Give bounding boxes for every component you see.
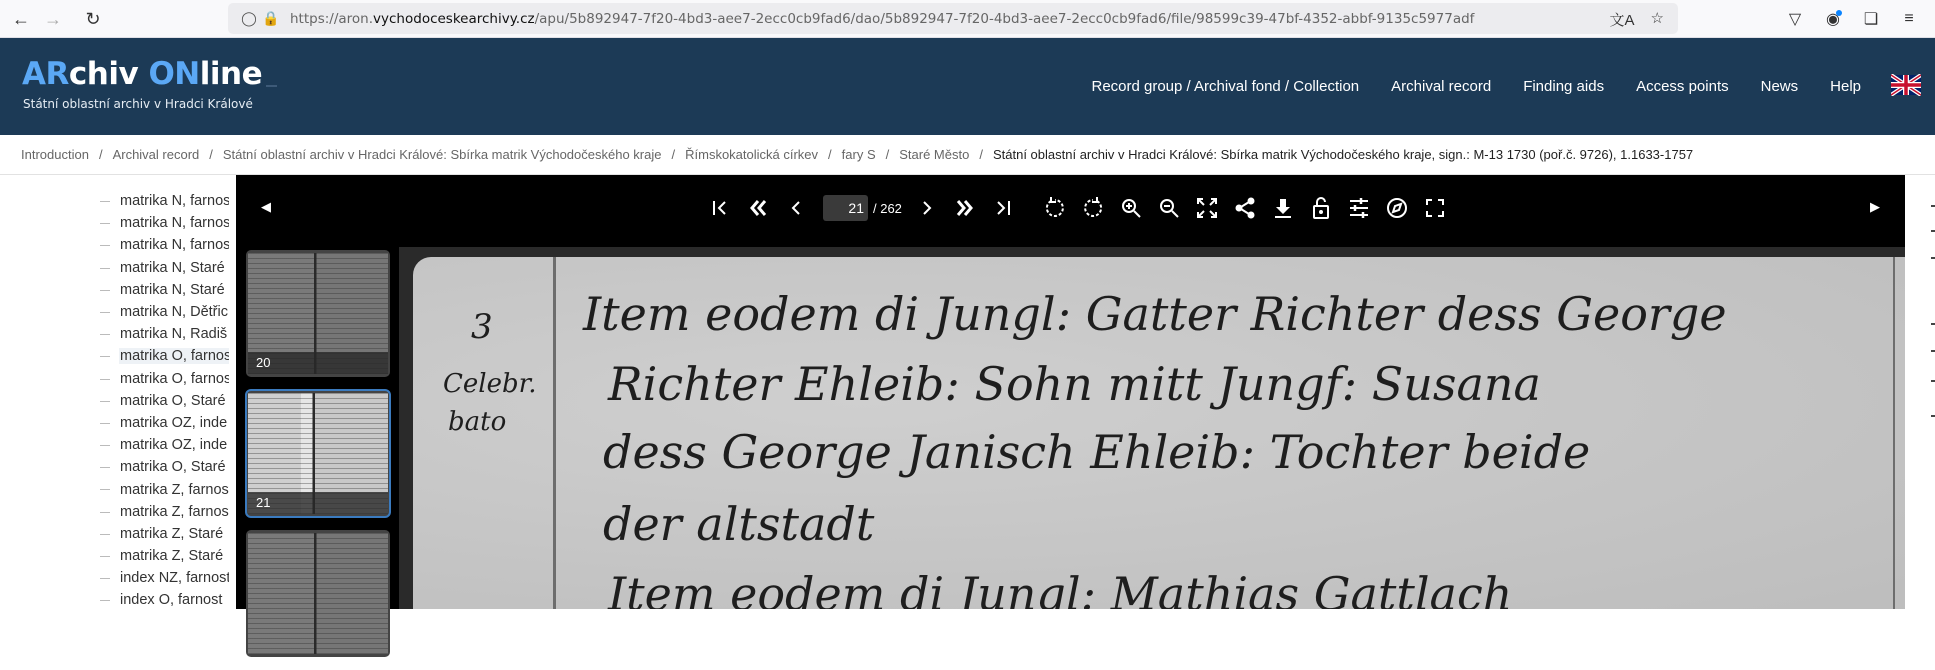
tree-branch-icon <box>100 489 110 490</box>
address-bar[interactable]: ◯ 🔒 https://aron.vychodoceskearchivy.cz/… <box>228 3 1678 34</box>
nav-archival-record[interactable]: Archival record <box>1375 78 1507 95</box>
pocket-icon[interactable]: ▽ <box>1779 4 1811 34</box>
tree-branch-icon <box>100 245 110 246</box>
tree-item[interactable]: matrika Z, Staré <box>0 545 236 567</box>
breadcrumb-church[interactable]: Římskokatolická církev <box>685 147 818 162</box>
tree-item-label: matrika O, Staré <box>119 393 229 409</box>
cut-text <box>1931 230 1935 232</box>
tree-branch-icon <box>100 223 110 224</box>
margin-note: bato <box>448 407 506 437</box>
tree-item[interactable]: matrika OZ, inde <box>0 412 236 434</box>
fullscreen-icon[interactable] <box>1416 189 1454 227</box>
tree-item-label: index O, farnost <box>119 592 229 608</box>
page-rule-line <box>1893 257 1895 609</box>
tree-item[interactable]: index O, farnost <box>0 589 236 609</box>
thumbnail-active[interactable]: 21 <box>246 390 390 517</box>
manuscript-page: 3 Celebr. bato Item eodem di Jungl: Gatt… <box>413 257 1905 609</box>
first-page-icon[interactable] <box>701 189 739 227</box>
url-domain: vychodoceskearchivy.cz <box>373 11 535 27</box>
tree-branch-icon <box>100 379 110 380</box>
nav-access-points[interactable]: Access points <box>1620 78 1745 95</box>
rotate-right-icon[interactable] <box>1074 189 1112 227</box>
tree-branch-icon <box>100 201 110 202</box>
tree-item-label: matrika O, farnost <box>119 371 229 387</box>
page-number-input[interactable] <box>823 195 868 221</box>
tree-branch-icon <box>100 290 110 291</box>
tree-branch-icon <box>100 312 110 313</box>
share-icon[interactable] <box>1226 189 1264 227</box>
right-panel-edge <box>1905 175 1935 609</box>
manuscript-line: Item eodem di Jungl: Mathias Gattlach <box>608 567 1512 609</box>
tree-item[interactable]: matrika N, Staré <box>0 257 236 279</box>
unlock-icon[interactable] <box>1302 189 1340 227</box>
manuscript-line: Richter Ehleib: Sohn mitt Jungf: Susana <box>608 357 1541 411</box>
tree-item[interactable]: matrika Z, farnost <box>0 501 236 523</box>
adjustments-icon[interactable] <box>1340 189 1378 227</box>
cut-text <box>1931 380 1935 382</box>
zoom-in-icon[interactable] <box>1112 189 1150 227</box>
url-prefix: https://aron. <box>290 11 373 27</box>
back-icon[interactable]: ← <box>6 4 36 34</box>
tree-item-label: matrika N, Staré <box>119 260 229 276</box>
collapse-left-panel-icon[interactable]: ◀ <box>256 197 276 217</box>
breadcrumb-fary-s[interactable]: fary S <box>842 147 876 162</box>
breadcrumb-collection[interactable]: Státní oblastní archiv v Hradci Králové:… <box>223 147 662 162</box>
breadcrumb-separator: / <box>671 147 675 162</box>
nav-record-group[interactable]: Record group / Archival fond / Collectio… <box>1075 78 1375 95</box>
thumbnail-image <box>248 533 388 609</box>
manuscript-line: der altstadt <box>603 497 874 551</box>
tree-branch-icon <box>100 578 110 579</box>
account-icon[interactable]: ◉ <box>1817 4 1849 34</box>
logo-ar: AR <box>22 56 69 92</box>
tree-item-label: matrika OZ, inde <box>119 437 229 453</box>
cut-text <box>1931 350 1935 352</box>
rotate-left-icon[interactable] <box>1036 189 1074 227</box>
page-image[interactable]: 3 Celebr. bato Item eodem di Jungl: Gatt… <box>399 247 1905 609</box>
cut-text <box>1931 415 1935 417</box>
tree-item-label: matrika N, Radiš <box>119 326 229 342</box>
tree-item[interactable]: matrika N, Dětřic <box>0 301 236 323</box>
margin-note: 3 <box>471 307 493 347</box>
tree-branch-icon <box>100 334 110 335</box>
bookmark-star-icon[interactable]: ☆ <box>1651 9 1664 30</box>
tree-item-label: matrika O, Staré <box>119 459 229 475</box>
tree-branch-icon <box>100 356 110 357</box>
fit-to-screen-icon[interactable] <box>1188 189 1226 227</box>
tree-item[interactable]: matrika OZ, inde <box>0 434 236 456</box>
site-header: ARchiv ONline Státní oblastní archiv v H… <box>0 38 1935 135</box>
thumbnail[interactable]: 20 <box>246 250 390 377</box>
tree-item[interactable]: matrika Z, Staré <box>0 523 236 545</box>
breadcrumb-separator: / <box>209 147 213 162</box>
tree-branch-icon <box>100 467 110 468</box>
tree-branch-icon <box>100 423 110 424</box>
thumbnail-label: 20 <box>248 352 388 374</box>
breadcrumb-current: Státní oblastní archiv v Hradci Králové:… <box>993 147 1693 162</box>
site-logo[interactable]: ARchiv ONline <box>22 56 262 92</box>
tree-item[interactable]: matrika O, farnost <box>0 368 236 390</box>
reload-icon[interactable]: ↻ <box>78 4 108 34</box>
manuscript-line: Item eodem di Jungl: Gatter Richter dess… <box>583 287 1727 341</box>
lock-icon[interactable]: 🔒 <box>260 10 282 27</box>
breadcrumb-archival-record[interactable]: Archival record <box>113 147 200 162</box>
tree-item-label: matrika N, farnost <box>119 237 229 253</box>
zoom-out-icon[interactable] <box>1150 189 1188 227</box>
tree-branch-icon <box>100 534 110 535</box>
logo-divider <box>266 85 277 87</box>
tree-item-label: matrika OZ, inde <box>119 415 229 431</box>
tree-item[interactable]: matrika N, farnost <box>0 190 236 212</box>
tree-item-label: matrika N, farnost <box>119 193 229 209</box>
tree-item-label: index NZ, farnost <box>119 570 229 586</box>
menu-icon[interactable]: ≡ <box>1893 4 1925 34</box>
fast-forward-icon[interactable] <box>946 189 984 227</box>
forward-icon[interactable]: → <box>38 4 68 34</box>
fast-back-icon[interactable] <box>739 189 777 227</box>
tree-branch-icon <box>100 401 110 402</box>
tree-item[interactable]: matrika N, farnost <box>0 234 236 256</box>
viewer-toolbar: ◀ / 262 ▶ <box>236 175 1905 241</box>
url-text[interactable]: https://aron.vychodoceskearchivy.cz/apu/… <box>290 11 1474 27</box>
nav-news[interactable]: News <box>1745 78 1815 95</box>
tree-branch-icon <box>100 556 110 557</box>
thumbnail[interactable] <box>246 530 390 609</box>
tree-item[interactable]: matrika N, Radiš <box>0 323 236 345</box>
tree-item[interactable]: matrika Z, farnost <box>0 478 236 500</box>
tree-branch-icon <box>100 512 110 513</box>
url-path: /apu/5b892947-7f20-4bd3-aee7-2ecc0cb9fad… <box>535 11 1475 27</box>
tree-item[interactable]: matrika O, Staré <box>0 456 236 478</box>
uk-flag-icon[interactable] <box>1891 74 1921 96</box>
tree-item-label: matrika Z, farnost <box>119 482 229 498</box>
tree-item-label: matrika N, Dětřic <box>119 304 229 320</box>
page-rule-line <box>553 257 556 609</box>
extensions-icon[interactable]: ❏ <box>1855 4 1887 34</box>
tree-item-label: matrika Z, farnost <box>119 504 229 520</box>
breadcrumb-separator: / <box>99 147 103 162</box>
tree-item[interactable]: matrika O, Staré <box>0 390 236 412</box>
manuscript-line: dess George Janisch Ehleib: Tochter beid… <box>603 425 1590 479</box>
tree-branch-icon <box>100 268 110 269</box>
logo-chiv: chiv <box>69 56 149 92</box>
tree-item-label: matrika N, Staré <box>119 282 229 298</box>
logo-on: ON <box>148 56 199 92</box>
collapse-right-panel-icon[interactable]: ▶ <box>1865 197 1885 217</box>
breadcrumb-introduction[interactable]: Introduction <box>21 147 89 162</box>
tree-item-label: matrika N, farnost <box>119 215 229 231</box>
tree-item[interactable]: matrika N, farnost <box>0 212 236 234</box>
record-tree: matrika N, farnost matrika N, farnost ma… <box>0 190 236 609</box>
breadcrumb: Introduction / Archival record / Státní … <box>0 135 1935 175</box>
tree-item[interactable]: index NZ, farnost <box>0 567 236 589</box>
cut-text <box>1931 257 1935 259</box>
tree-branch-icon <box>100 600 110 601</box>
shield-icon[interactable]: ◯ <box>238 10 260 27</box>
nav-finding-aids[interactable]: Finding aids <box>1507 78 1620 95</box>
tree-item-label: matrika Z, Staré <box>119 548 229 564</box>
main-nav: Record group / Archival fond / Collectio… <box>1075 38 1877 135</box>
previous-page-icon[interactable] <box>777 189 815 227</box>
logo-line: line <box>200 56 262 92</box>
nav-help[interactable]: Help <box>1814 78 1877 95</box>
tree-item-label: matrika O, farnost <box>119 348 229 364</box>
download-icon[interactable] <box>1264 189 1302 227</box>
notification-dot <box>1836 10 1842 16</box>
cut-text <box>1931 205 1935 207</box>
margin-note: Celebr. <box>443 369 536 399</box>
page-total: / 262 <box>873 201 902 216</box>
site-subtitle: Státní oblastní archiv v Hradci Králové <box>23 97 253 111</box>
tree-item-label: matrika Z, Staré <box>119 526 229 542</box>
thumbnail-label: 21 <box>248 492 388 514</box>
translate-icon[interactable]: 文A <box>1610 9 1635 30</box>
tree-branch-icon <box>100 445 110 446</box>
breadcrumb-separator: / <box>828 147 832 162</box>
tree-item-hovered[interactable]: matrika O, farnost <box>0 345 236 367</box>
document-viewer: ◀ / 262 ▶ 20 21 <box>236 175 1905 609</box>
cut-text <box>1931 323 1935 325</box>
thumbnail-strip: 20 21 <box>246 250 390 609</box>
next-page-icon[interactable] <box>908 189 946 227</box>
last-page-icon[interactable] <box>984 189 1022 227</box>
tree-item[interactable]: matrika N, Staré <box>0 279 236 301</box>
breadcrumb-separator: / <box>886 147 890 162</box>
browser-toolbar: ← → ↻ ◯ 🔒 https://aron.vychodoceskearchi… <box>0 0 1935 38</box>
compass-icon[interactable] <box>1378 189 1416 227</box>
breadcrumb-separator: / <box>979 147 983 162</box>
breadcrumb-stare-mesto[interactable]: Staré Město <box>899 147 969 162</box>
